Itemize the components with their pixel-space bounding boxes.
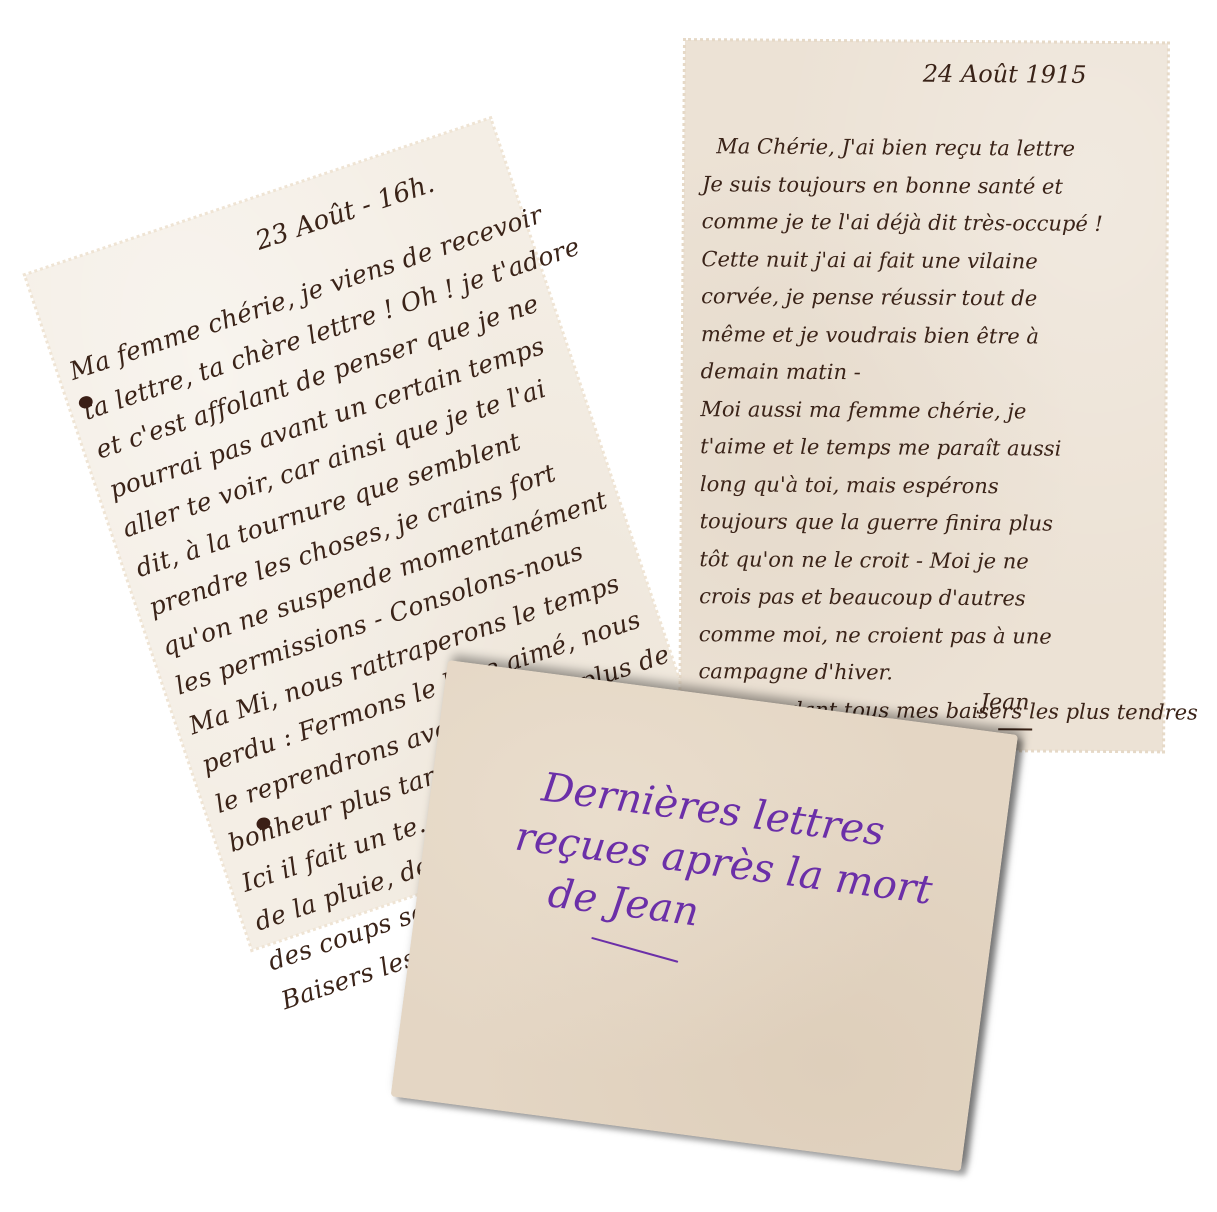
envelope-underline (591, 937, 678, 963)
envelope: Dernières lettres reçues après la mort d… (391, 660, 1019, 1171)
letter-line: campagne d'hiver. (698, 653, 1198, 694)
letter-line: corvée, je pense réussir tout de (701, 278, 1201, 319)
letter-date: 24 Août 1915 (923, 60, 1087, 89)
letter-line: long qu'à toi, mais espérons (700, 466, 1200, 507)
signature: Jean (980, 690, 1029, 715)
letter-line: comme moi, ne croient pas à une (699, 616, 1199, 657)
letter-24-aout-1915: 24 Août 1915 Ma Chérie, J'ai bien reçu t… (680, 40, 1168, 751)
envelope-inscription: Dernières lettres reçues après la mort d… (486, 756, 943, 968)
letter-line: Cette nuit j'ai ai fait une vilaine (701, 241, 1201, 282)
signature-underline (998, 728, 1032, 730)
letter-line: toujours que la guerre finira plus (700, 503, 1200, 544)
letter-line: crois pas et beaucoup d'autres (699, 578, 1199, 619)
letter-line: Moi aussi ma femme chérie, je (700, 391, 1200, 432)
letter-body: Ma Chérie, J'ai bien reçu ta lettre Je s… (698, 128, 1202, 769)
letter-line: t'aime et le temps me paraît aussi (700, 428, 1200, 469)
letter-line: Ma Chérie, J'ai bien reçu ta lettre (702, 128, 1202, 169)
letter-line: demain matin - (701, 353, 1201, 394)
letter-line: même et je voudrais bien être à (701, 316, 1201, 357)
letter-line: Je suis toujours en bonne santé et (702, 166, 1202, 207)
letter-line: tôt qu'on ne le croit - Moi je ne (699, 541, 1199, 582)
letter-line: comme je te l'ai déjà dit très-occupé ! (702, 203, 1202, 244)
